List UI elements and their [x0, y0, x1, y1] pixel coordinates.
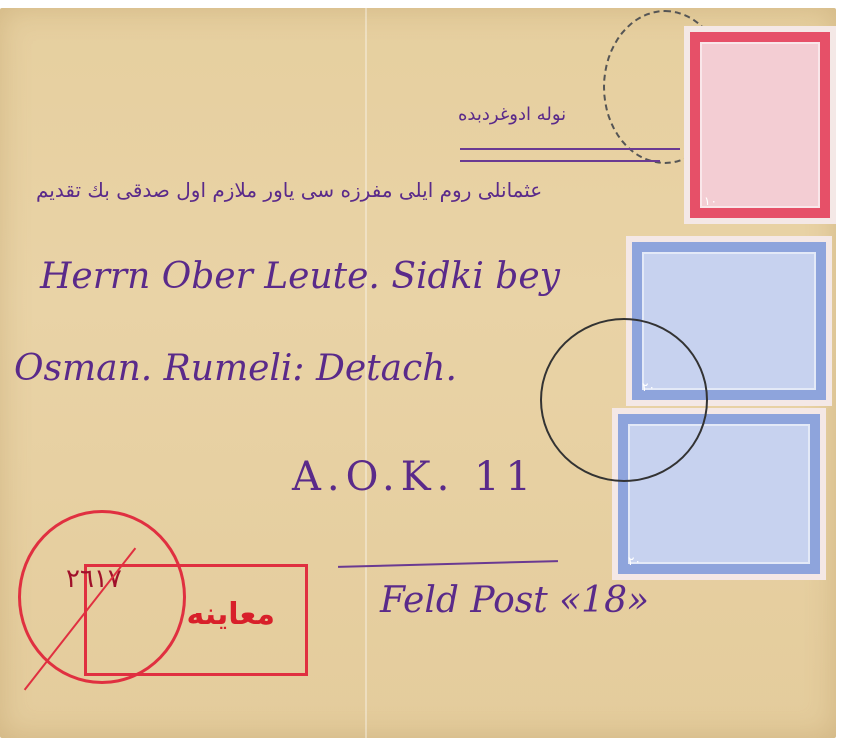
- stamp-denomination: ١٠: [704, 194, 717, 208]
- underline-top: [460, 148, 680, 150]
- seal-handwritten-number: ٢٦١٧: [66, 564, 122, 594]
- arabic-note-top: نوله ادوغردبده: [458, 104, 566, 125]
- arabic-address: عثمانلی روم ایلی مفرزه سی یاور ملازم اول…: [36, 178, 542, 202]
- address-line-1: Herrn Ober Leute. Sidki bey: [40, 256, 560, 297]
- address-line-2: Osman. Rumeli: Detach.: [14, 348, 457, 389]
- address-line-3: A.O.K. 11: [292, 454, 537, 500]
- address-line-4: Feld Post «18»: [380, 580, 649, 621]
- underline-feldpost: [338, 560, 558, 568]
- stamp-denomination: ٢٠: [628, 554, 641, 568]
- stamp-red-10: ١٠: [684, 26, 836, 224]
- underline-top-2: [460, 160, 660, 162]
- postmark-center: [540, 318, 708, 482]
- red-seal-text: معاينه: [187, 597, 275, 632]
- envelope: ١٠ ٢٠ ٢٠ نوله ادوغردبده عثمانلی روم ایلی…: [0, 8, 836, 738]
- stamp-vignette: [700, 42, 820, 208]
